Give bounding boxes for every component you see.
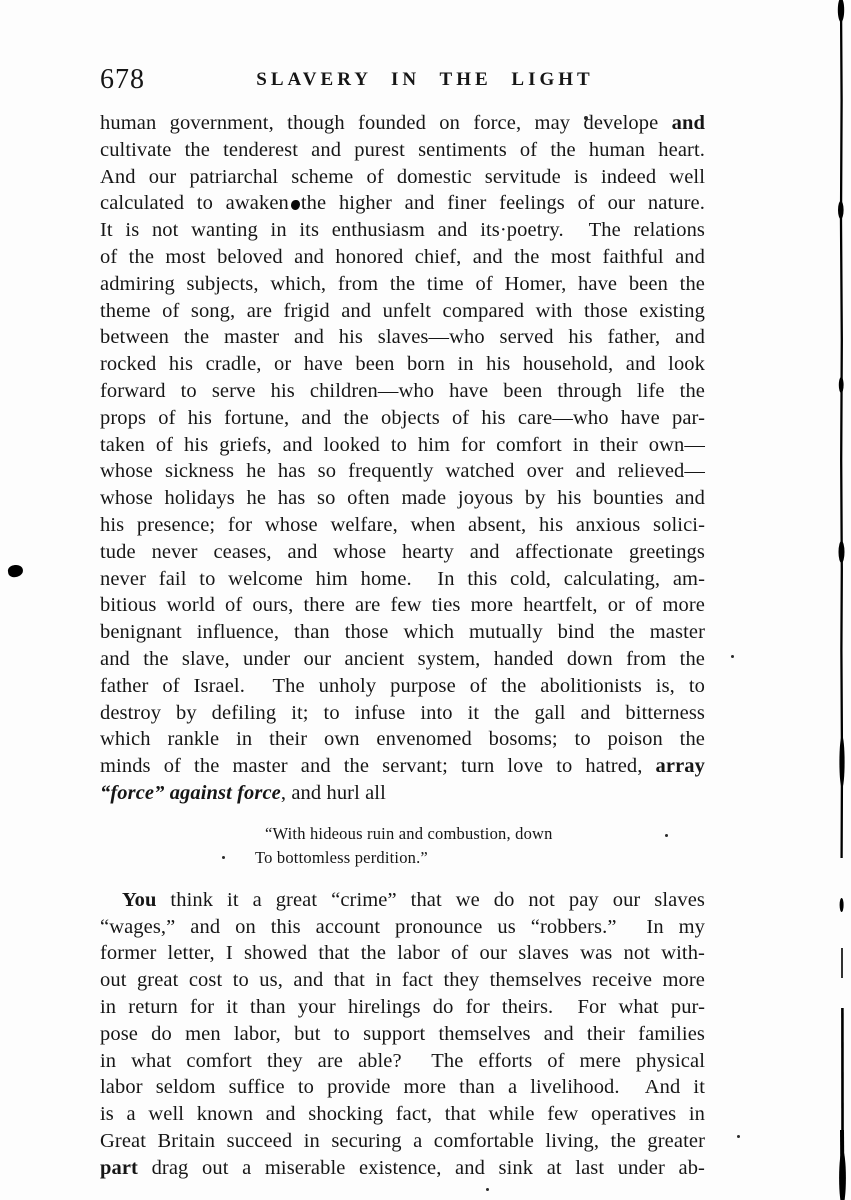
scan-speck (584, 116, 588, 120)
paragraph-2-line: Great Britain succeed in securing a comf… (100, 1128, 705, 1155)
paragraph-1-line: whose sickness he has so frequently watc… (100, 458, 705, 485)
paragraph-2-line: You think it a great “crime” that we do … (100, 887, 705, 914)
paragraph-1-line: benignant influence, than those which mu… (100, 619, 705, 646)
paragraph-1-line: cultivate the tenderest and purest senti… (100, 137, 705, 164)
text-column: human government, though founded on forc… (100, 110, 705, 1181)
text-run: think it a great “crime” that we do not … (156, 889, 705, 911)
text-run: , and hurl all (281, 782, 386, 804)
verse-quote-line: “With hideous ruin and combustion, down (265, 822, 705, 847)
text-run: former letter, I showed that the labor o… (100, 942, 705, 964)
book-page-scan: 678 SLAVERY IN THE LIGHT human governmen… (0, 0, 851, 1200)
paragraph-1-line: props of his fortune, and the objects of… (100, 405, 705, 432)
text-run: props of his fortune, and the objects of… (100, 407, 705, 429)
text-run: father of Israel. The unholy purpose of … (100, 675, 705, 697)
text-run: “With hideous ruin and combustion, down (265, 824, 553, 843)
text-run: forward to serve his children—who have b… (100, 380, 705, 402)
text-run: tude never ceases, and whose hearty and … (100, 541, 705, 563)
text-run: part (100, 1157, 138, 1179)
text-run: theme of song, are frigid and unfelt com… (100, 300, 705, 322)
text-run: benignant influence, than those which mu… (100, 621, 705, 643)
paragraph-2-line: former letter, I showed that the labor o… (100, 940, 705, 967)
paragraph-2-line: in what comfort they are able? The effor… (100, 1048, 705, 1075)
paragraph-1-line: “force” against force, and hurl all (100, 780, 705, 807)
paragraph-1-line: destroy by defiling it; to infuse into i… (100, 700, 705, 727)
paragraph-2-line: in return for it than your hirelings do … (100, 994, 705, 1021)
paragraph-1-line: minds of the master and the servant; tur… (100, 753, 705, 780)
paragraph-1-line: bitious world of ours, there are few tie… (100, 592, 705, 619)
text-run: minds of the master and the servant; tur… (100, 755, 656, 777)
paragraph-1-line: whose holidays he has so often made joyo… (100, 485, 705, 512)
text-run: and the slave, under our ancient system,… (100, 648, 705, 670)
text-run: “force” (100, 782, 164, 804)
running-title: SLAVERY IN THE LIGHT (256, 69, 593, 91)
text-run: Great Britain succeed in securing a comf… (100, 1130, 705, 1152)
text-run: of the most beloved and honored chief, a… (100, 246, 705, 268)
text-run: in return for it than your hirelings do … (100, 996, 705, 1018)
text-run: array (656, 755, 705, 777)
scan-speck (222, 856, 225, 859)
text-run: cultivate the tenderest and purest senti… (100, 139, 705, 161)
text-run: which rankle in their own envenomed boso… (100, 728, 705, 750)
text-run: the higher and finer feelings of our nat… (301, 192, 705, 214)
paragraph-1-line: forward to serve his children—who have b… (100, 378, 705, 405)
paragraph-2-line: part drag out a miserable existence, and… (100, 1155, 705, 1182)
paragraph-1-line: calculated to awakenthe higher and finer… (100, 190, 705, 217)
text-run: rocked his cradle, or have been born in … (100, 353, 705, 375)
page-header: 678 SLAVERY IN THE LIGHT (0, 64, 851, 102)
verse-quote-line: To bottomless perdition.” (255, 846, 705, 871)
text-run: labor seldom suffice to provide more tha… (100, 1076, 705, 1098)
ink-blot-inline (291, 200, 300, 210)
paragraph-1-line: admiring subjects, which, from the time … (100, 271, 705, 298)
paragraph-1-line: rocked his cradle, or have been born in … (100, 351, 705, 378)
paragraph-2: You think it a great “crime” that we do … (100, 887, 705, 1182)
paragraph-2-line: is a well known and shocking fact, that … (100, 1101, 705, 1128)
text-run: bitious world of ours, there are few tie… (100, 594, 705, 616)
text-run: destroy by defiling it; to infuse into i… (100, 702, 705, 724)
text-run: whose sickness he has so frequently watc… (100, 460, 705, 482)
text-run: between the master and his slaves—who se… (100, 326, 705, 348)
text-run: “wages,” and on this account pronounce u… (100, 916, 705, 938)
text-run: And our patriarchal scheme of domestic s… (100, 166, 705, 188)
scan-speck (486, 1188, 489, 1191)
paragraph-2-line: out great cost to us, and that in fact t… (100, 967, 705, 994)
paragraph-1-line: his presence; for whose welfare, when ab… (100, 512, 705, 539)
paragraph-1-line: between the master and his slaves—who se… (100, 324, 705, 351)
paragraph-2-line: pose do men labor, but to support themse… (100, 1021, 705, 1048)
paragraph-1-line: never fail to welcome him home. In this … (100, 566, 705, 593)
paragraph-2-line: labor seldom suffice to provide more tha… (100, 1074, 705, 1101)
paragraph-2-line: “wages,” and on this account pronounce u… (100, 914, 705, 941)
text-run: drag out a miserable existence, and sink… (138, 1157, 705, 1179)
scan-speck (737, 1135, 740, 1138)
text-run: against force (170, 782, 281, 804)
text-run: It is not wanting in its enthusiasm and … (100, 219, 705, 241)
scan-speck (731, 655, 734, 658)
paragraph-1-line: tude never ceases, and whose hearty and … (100, 539, 705, 566)
text-run: calculated to awaken (100, 192, 289, 214)
scan-edge-right (837, 0, 851, 1200)
paragraph-1-line: And our patriarchal scheme of domestic s… (100, 164, 705, 191)
scan-speck (665, 834, 668, 837)
paragraph-1-line: human government, though founded on forc… (100, 110, 705, 137)
paragraph-1-line: taken of his griefs, and looked to him f… (100, 432, 705, 459)
text-run: pose do men labor, but to support themse… (100, 1023, 705, 1045)
paragraph-1-line: of the most beloved and honored chief, a… (100, 244, 705, 271)
page-number: 678 (100, 64, 145, 96)
text-run: taken of his griefs, and looked to him f… (100, 434, 705, 456)
text-run: never fail to welcome him home. In this … (100, 568, 705, 590)
paragraph-1-line: It is not wanting in its enthusiasm and … (100, 217, 705, 244)
text-run: To bottomless perdition.” (255, 848, 428, 867)
text-run: whose holidays he has so often made joyo… (100, 487, 705, 509)
verse-quote: “With hideous ruin and combustion, downT… (265, 822, 705, 871)
paragraph-1-line: which rankle in their own envenomed boso… (100, 726, 705, 753)
text-run: You (122, 889, 156, 911)
text-run: in what comfort they are able? The effor… (100, 1050, 705, 1072)
text-run: out great cost to us, and that in fact t… (100, 969, 705, 991)
paragraph-1-line: and the slave, under our ancient system,… (100, 646, 705, 673)
text-run: his presence; for whose welfare, when ab… (100, 514, 705, 536)
paragraph-1-line: theme of song, are frigid and unfelt com… (100, 298, 705, 325)
text-run: and (672, 112, 705, 134)
paragraph-1: human government, though founded on forc… (100, 110, 705, 807)
text-run: is a well known and shocking fact, that … (100, 1103, 705, 1125)
text-run: admiring subjects, which, from the time … (100, 273, 705, 295)
paragraph-1-line: father of Israel. The unholy purpose of … (100, 673, 705, 700)
ink-blot-left-margin (7, 564, 24, 578)
